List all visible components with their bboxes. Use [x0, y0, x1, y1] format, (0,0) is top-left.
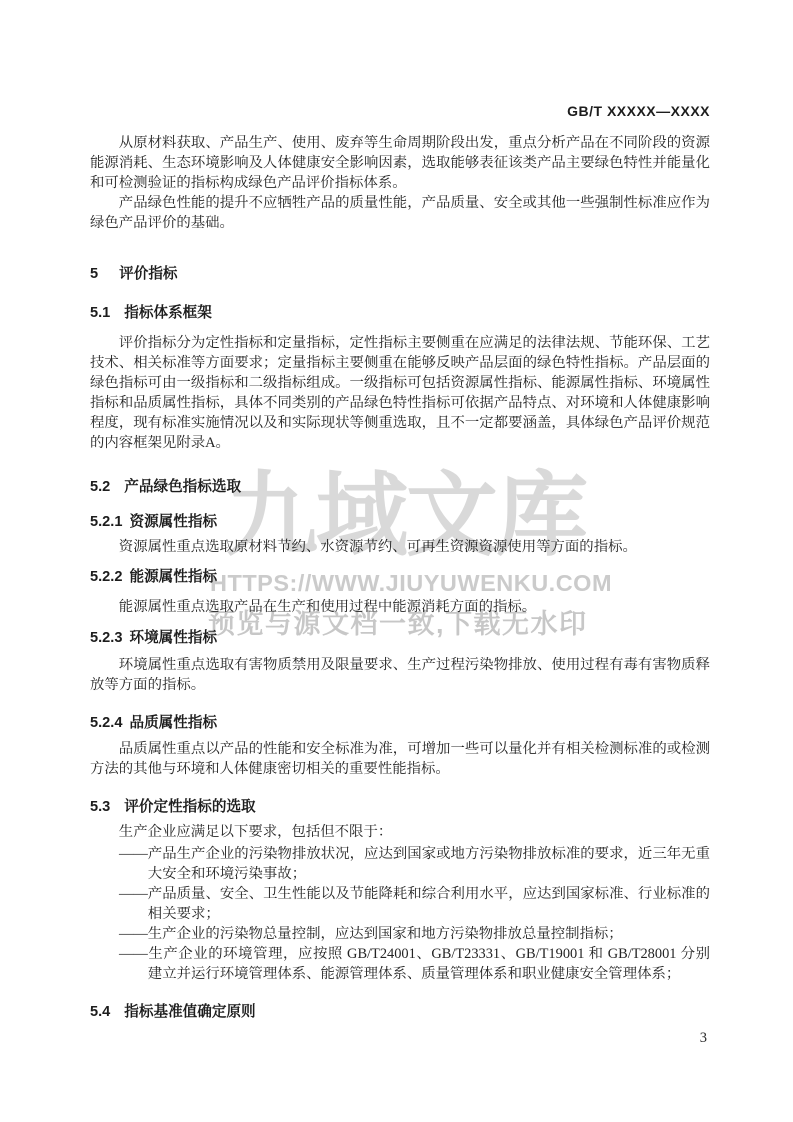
chapter-title: 评价指标: [119, 266, 177, 282]
section-title: 评价定性指标的选取: [124, 799, 255, 815]
section-5-2-4-body: 品质属性重点以产品的性能和安全标准为准，可增加一些可以量化并有相关检测标准的或检…: [90, 739, 710, 779]
chapter-number: 5: [90, 266, 98, 282]
document-page: 九域文库 HTTPS://WWW.JIUYUWENKU.COM 预览与源文档一致…: [0, 0, 793, 1122]
section-5-3-lead: 生产企业应满足以下要求，包括但不限于：: [90, 822, 710, 842]
section-5-2-3-body: 环境属性重点选取有害物质禁用及限量要求、生产过程污染物排放、使用过程有毒有害物质…: [90, 655, 710, 695]
intro-paragraph-1: 从原材料获取、产品生产、使用、废弃等生命周期阶段出发，重点分析产品在不同阶段的资…: [90, 133, 710, 193]
section-heading-5-2-4: 5.2.4品质属性指标: [90, 713, 710, 733]
section-heading-5-2-1: 5.2.1资源属性指标: [90, 512, 710, 532]
section-heading-5-2-2: 5.2.2能源属性指标: [90, 567, 710, 587]
section-heading-5-2: 5.2产品绿色指标选取: [90, 477, 710, 497]
section-number: 5.3: [90, 799, 110, 815]
section-number: 5.1: [90, 305, 110, 321]
list-item: ——生产企业的污染物总量控制，应达到国家和地方污染物排放总量控制指标；: [119, 924, 710, 944]
list-item: ——生产企业的环境管理，应按照 GB/T24001、GB/T23331、GB/T…: [119, 944, 710, 984]
section-heading-5-3: 5.3评价定性指标的选取: [90, 797, 710, 817]
section-heading-5-1: 5.1指标体系框架: [90, 303, 710, 323]
section-5-1-body: 评价指标分为定性指标和定量指标，定性指标主要侧重在应满足的法律法规、节能环保、工…: [90, 333, 710, 453]
qualitative-requirements-list: ——产品生产企业的污染物排放状况，应达到国家或地方污染物排放标准的要求，近三年无…: [119, 844, 710, 984]
section-number: 5.2.3: [90, 630, 122, 646]
section-title: 能源属性指标: [129, 569, 217, 585]
chapter-heading: 5评价指标: [90, 264, 710, 284]
section-title: 指标体系框架: [124, 305, 212, 321]
list-item: ——产品质量、安全、卫生性能以及节能降耗和综合利用水平，应达到国家标准、行业标准…: [119, 884, 710, 924]
intro-paragraph-2: 产品绿色性能的提升不应牺牲产品的质量性能，产品质量、安全或其他一些强制性标准应作…: [90, 193, 710, 233]
section-number: 5.2: [90, 479, 110, 495]
section-title: 指标基准值确定原则: [124, 1004, 255, 1020]
section-number: 5.4: [90, 1004, 110, 1020]
section-number: 5.2.4: [90, 715, 122, 731]
section-title: 环境属性指标: [129, 630, 217, 646]
section-number: 5.2.2: [90, 569, 122, 585]
page-number: 3: [700, 1030, 707, 1047]
section-title: 资源属性指标: [129, 514, 217, 530]
section-heading-5-2-3: 5.2.3环境属性指标: [90, 628, 710, 648]
section-5-2-1-body: 资源属性重点选取原材料节约、水资源节约、可再生资源资源使用等方面的指标。: [90, 537, 710, 557]
section-5-2-2-body: 能源属性重点选取产品在生产和使用过程中能源消耗方面的指标。: [90, 597, 710, 617]
standard-number-header: GB/T XXXXX—XXXX: [90, 101, 710, 121]
section-title: 产品绿色指标选取: [124, 479, 241, 495]
section-title: 品质属性指标: [129, 715, 217, 731]
list-item: ——产品生产企业的污染物排放状况，应达到国家或地方污染物排放标准的要求，近三年无…: [119, 844, 710, 884]
document-content: GB/T XXXXX—XXXX 从原材料获取、产品生产、使用、废弃等生命周期阶段…: [90, 0, 710, 1022]
section-heading-5-4: 5.4指标基准值确定原则: [90, 1002, 710, 1022]
section-number: 5.2.1: [90, 514, 122, 530]
